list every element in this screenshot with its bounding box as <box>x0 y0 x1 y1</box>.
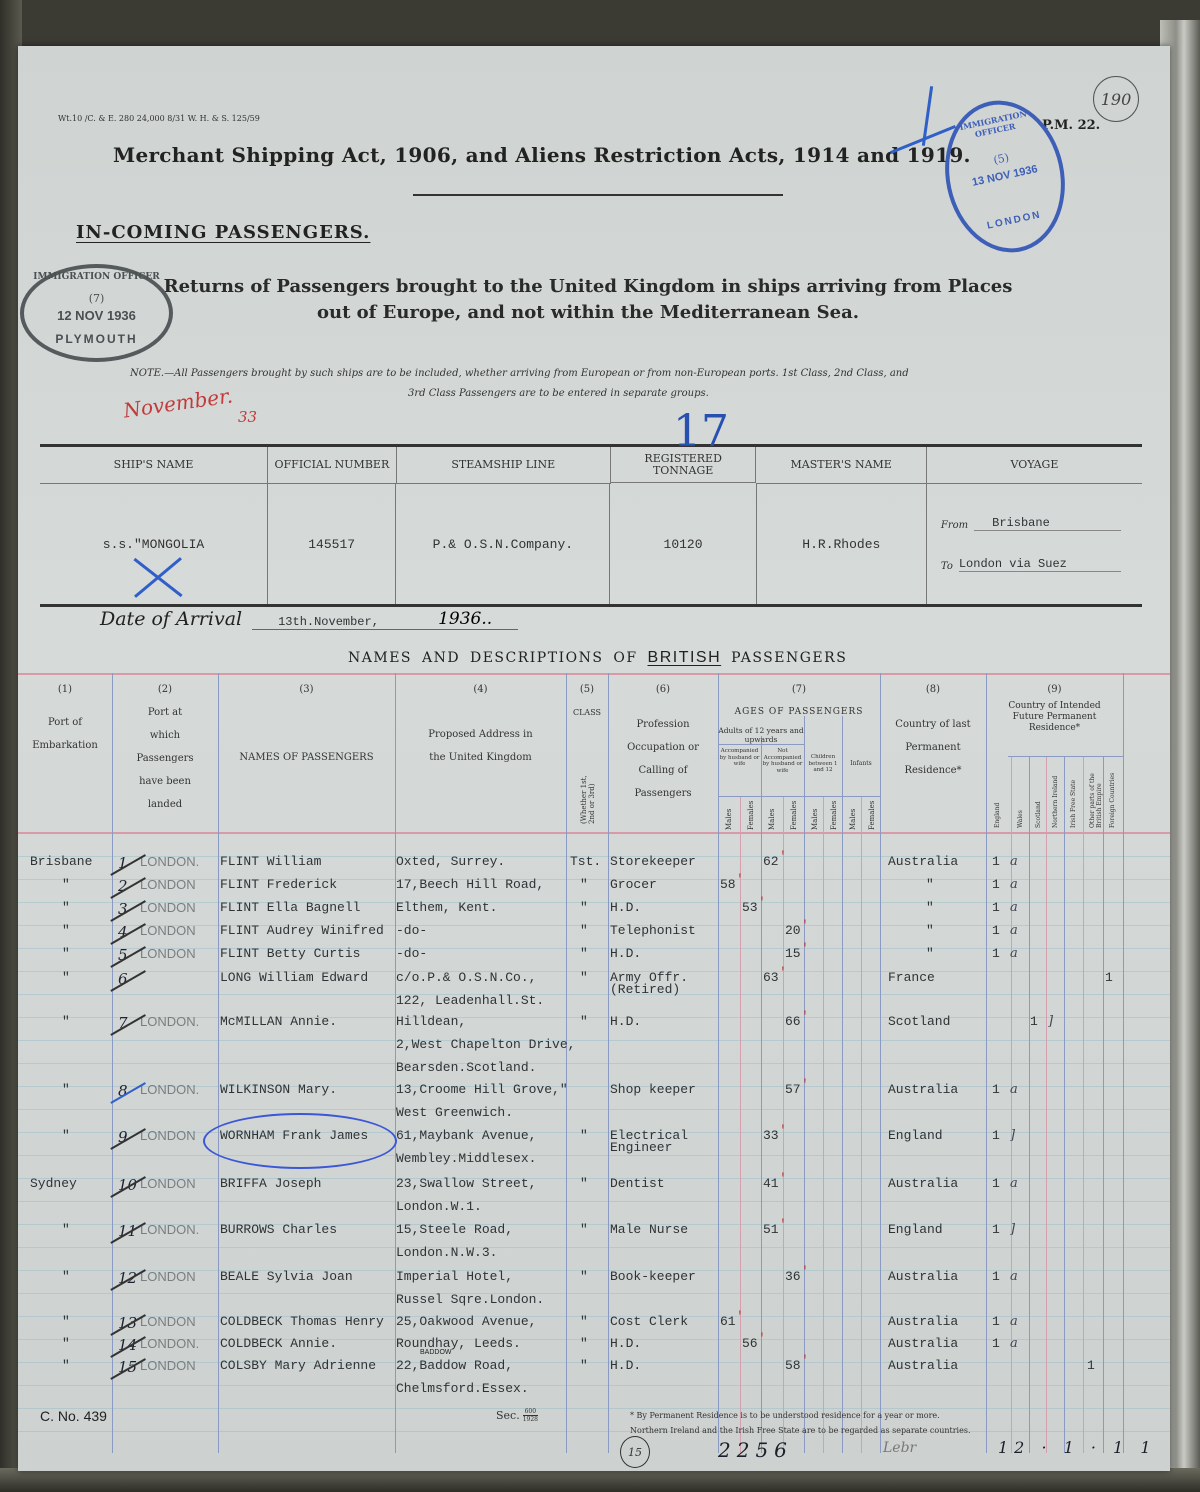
date-of-arrival-label: Date of Arrival <box>100 608 242 630</box>
address-line-1: Hilldean, <box>396 1014 466 1029</box>
checker-mark: a <box>1010 946 1018 961</box>
females-label: Females <box>747 802 755 830</box>
address-line-1: Elthem, Kent. <box>396 900 497 915</box>
footnotes: * By Permanent Residence is to be unders… <box>630 1408 971 1438</box>
col-header-profession: (6)Profession Occupation or Calling of P… <box>608 678 718 805</box>
footnote-separate-countries: Northern Ireland and the Irish Free Stat… <box>630 1423 971 1438</box>
address-line-2: Russel Sqre.London. <box>396 1292 544 1307</box>
circle-annotation <box>203 1113 397 1169</box>
port-of-embarkation: " <box>62 1358 70 1373</box>
col-header-future-residence: (9)Country of Intended Future Permanent … <box>986 678 1123 734</box>
address-line-2: 122, Leadenhall.St. <box>396 993 544 1008</box>
class: " <box>580 1176 588 1191</box>
last-residence-country: " <box>926 877 934 892</box>
class: " <box>580 923 588 938</box>
occupation: Male Nurse <box>610 1222 688 1237</box>
red-tick-mark: ′ <box>801 1264 809 1279</box>
handwritten-correction: BADDOW <box>420 1349 452 1356</box>
females-label: Females <box>868 802 876 830</box>
port-of-embarkation: " <box>62 923 70 938</box>
table-row: "8LONDON.WILKINSON Mary.13,Croome Hill G… <box>18 1082 1170 1104</box>
address-line-2: London.W.1. <box>396 1199 482 1214</box>
occupation: Book-keeper <box>610 1269 696 1284</box>
date-of-arrival-year: 1936.. <box>428 609 518 630</box>
port-landed: LONDON <box>140 877 196 892</box>
note-text: NOTE.—All Passengers brought by such shi… <box>130 364 1060 404</box>
address-line-1: 13,Croome Hill Grove," <box>396 1082 568 1097</box>
address-line-2: 2,West Chapelton Drive, <box>396 1037 575 1052</box>
ledger-line <box>18 1385 1170 1386</box>
table-row: "9LONDONWORNHAM Frank James61,Maybank Av… <box>18 1128 1170 1150</box>
checker-mark: a <box>1010 854 1018 869</box>
future-residence-sublabel: Wales <box>1017 762 1024 828</box>
form-number: P.M. 22. <box>1042 118 1100 133</box>
tally-circled: 15 <box>620 1436 650 1468</box>
future-residence-mark: 1 <box>1105 970 1113 985</box>
port-landed: LONDON. <box>140 1014 199 1029</box>
class: " <box>580 900 588 915</box>
port-of-embarkation: " <box>62 946 70 961</box>
red-tick-mark: ′ <box>779 1123 787 1138</box>
checker-mark: a <box>1010 877 1018 892</box>
steamship-line-value: P.& O.S.N.Company. <box>396 484 610 604</box>
checker-mark: ] <box>1010 1128 1015 1143</box>
handwritten-17: 17 <box>673 406 729 457</box>
ledger-line <box>18 1408 1170 1409</box>
print-code: Wt.10 /C. & E. 280 24,000 8/31 W. H. & S… <box>58 114 260 123</box>
occupation: Shop keeper <box>610 1082 696 1097</box>
pen-slash-mark <box>110 970 145 991</box>
future-residence-mark: 1 <box>992 923 1000 938</box>
ledger-line <box>18 1155 1170 1156</box>
last-residence-country: Scotland <box>888 1014 950 1029</box>
age: 63 <box>763 970 779 985</box>
last-residence-country: " <box>926 900 934 915</box>
future-residence-mark: 1 <box>1030 1014 1038 1029</box>
address-line-1: Roundhay, Leeds. <box>396 1336 521 1351</box>
returns-description: Returns of Passengers brought to the Uni… <box>118 274 1058 326</box>
males-label: Males <box>768 802 776 830</box>
table-row: "12LONDONBEALE Sylvia JoanImperial Hotel… <box>18 1269 1170 1291</box>
females-label: Females <box>790 802 798 830</box>
port-of-embarkation: " <box>62 1269 70 1284</box>
occupation: Telephonist <box>610 923 696 938</box>
address-line-1: 61,Maybank Avenue, <box>396 1128 536 1143</box>
red-tick-mark: ′ <box>779 1217 787 1232</box>
occupation: H.D. <box>610 1358 641 1373</box>
passenger-name: COLDBECK Thomas Henry <box>220 1314 384 1329</box>
official-number-value: 145517 <box>268 484 396 604</box>
last-residence-country: " <box>926 923 934 938</box>
date-of-arrival-date: 13th.November, <box>252 615 428 630</box>
section-heading: IN-COMING PASSENGERS. <box>76 222 370 243</box>
address-line-2: Chelmsford.Essex. <box>396 1381 529 1396</box>
title-rule <box>413 194 783 196</box>
future-residence-mark: 1 <box>992 1128 1000 1143</box>
class: " <box>580 1358 588 1373</box>
occupation: Cost Clerk <box>610 1314 688 1329</box>
future-residence-sublabel: Scotland <box>1035 762 1042 828</box>
age: 41 <box>763 1176 779 1191</box>
last-residence-country: Australia <box>888 1336 958 1351</box>
passenger-name: FLINT Audrey Winifred <box>220 923 384 938</box>
red-tick-mark: ′ <box>736 872 744 887</box>
class: " <box>580 1269 588 1284</box>
occupation: Storekeeper <box>610 854 696 869</box>
occupation: Grocer <box>610 877 657 892</box>
masters-name-value: H.R.Rhodes <box>757 484 927 604</box>
class: " <box>580 1014 588 1029</box>
table-row: Sydney10LONDONBRIFFA Joseph23,Swallow St… <box>18 1176 1170 1198</box>
last-residence-country: Australia <box>888 1269 958 1284</box>
c-number: C. No. 439 <box>40 1408 107 1424</box>
ship-details-table: SHIP'S NAME OFFICIAL NUMBER STEAMSHIP LI… <box>40 444 1142 607</box>
ledger-line <box>18 994 1170 995</box>
passenger-name: McMILLAN Annie. <box>220 1014 337 1029</box>
col-header-port-of-embarkation: (1)Port of Embarkation <box>18 678 112 757</box>
voyage-to: London via Suez <box>959 557 1121 572</box>
age: 62 <box>763 854 779 869</box>
port-of-embarkation: " <box>62 970 70 985</box>
handwritten-number-33: 33 <box>238 408 257 426</box>
last-residence-country: Australia <box>888 854 958 869</box>
port-landed: LONDON <box>140 900 196 915</box>
occupation-line-2: Engineer <box>610 1141 672 1154</box>
returns-line-2: out of Europe, and not within the Medite… <box>118 300 1058 326</box>
red-tick-mark: ′ <box>758 1331 766 1346</box>
col-header-ages: (7)AGES OF PASSENGERS <box>718 678 880 724</box>
document-title: Merchant Shipping Act, 1906, and Aliens … <box>113 143 971 167</box>
class: " <box>580 1336 588 1351</box>
table-row: "15LONDONCOLSBY Mary Adrienne22,Baddow R… <box>18 1358 1170 1380</box>
occupation: H.D. <box>610 1014 641 1029</box>
port-of-embarkation: " <box>62 1314 70 1329</box>
future-residence-mark: 1 <box>992 1269 1000 1284</box>
males-label: Males <box>811 802 819 830</box>
passenger-name: BURROWS Charles <box>220 1222 337 1237</box>
note-line-1: NOTE.—All Passengers brought by such shi… <box>130 364 1060 384</box>
table-row: Brisbane1LONDON.FLINT WilliamOxted, Surr… <box>18 854 1170 876</box>
table-row: "4LONDONFLINT Audrey Winifred-do-"Teleph… <box>18 923 1170 945</box>
age: 51 <box>763 1222 779 1237</box>
registered-tonnage-value: 10120 <box>610 484 756 604</box>
passenger-list-page: Wt.10 /C. & E. 280 24,000 8/31 W. H. & S… <box>18 46 1170 1471</box>
last-residence-country: " <box>926 946 934 961</box>
females-label: Females <box>830 802 838 830</box>
ages-children-label: Children between 1 and 12 <box>804 754 842 774</box>
checker-mark: a <box>1010 900 1018 915</box>
address-line-1: -do- <box>396 923 427 938</box>
last-residence-country: Australia <box>888 1314 958 1329</box>
official-number-header: OFFICIAL NUMBER <box>268 447 397 484</box>
stamp-london: IMMIGRATION OFFICER (5) 13 NOV 1936 LOND… <box>931 89 1078 263</box>
ledger-line <box>18 1201 1170 1202</box>
occupation-line-2: (Retired) <box>610 983 680 996</box>
address-line-1: c/o.P.& O.S.N.Co., <box>396 970 536 985</box>
port-of-embarkation: " <box>62 1014 70 1029</box>
occupation: H.D. <box>610 900 641 915</box>
address-line-1: 22,Baddow Road, <box>396 1358 513 1373</box>
voyage-header: VOYAGE <box>927 447 1142 484</box>
col-header-port-landed: (2)Port at which Passengers have been la… <box>112 678 218 816</box>
class: Tst. <box>570 854 601 869</box>
future-residence-mark: 1 <box>992 900 1000 915</box>
port-landed: LONDON <box>140 923 196 938</box>
table-row: "13LONDONCOLDBECK Thomas Henry25,Oakwood… <box>18 1314 1170 1336</box>
returns-line-1: Returns of Passengers brought to the Uni… <box>118 274 1058 300</box>
port-landed: LONDON. <box>140 1336 199 1351</box>
last-residence-country: Australia <box>888 1358 958 1373</box>
address-line-3: Bearsden.Scotland. <box>396 1060 536 1075</box>
class: " <box>580 1222 588 1237</box>
age: 20 <box>785 923 801 938</box>
passenger-section-title: NAMES AND DESCRIPTIONS OF BRITISH PASSEN… <box>348 649 847 667</box>
checker-mark: a <box>1010 1336 1018 1351</box>
class: " <box>580 946 588 961</box>
port-landed: LONDON <box>140 1269 196 1284</box>
address-line-2: Wembley.Middlesex. <box>396 1151 536 1166</box>
red-tick-mark: ′ <box>801 1353 809 1368</box>
voyage-value: From Brisbane To London via Suez <box>927 484 1142 604</box>
col-header-class-sub: (Whether 1st, 2nd or 3rd) <box>580 764 596 824</box>
age: 53 <box>742 900 758 915</box>
class: " <box>580 1314 588 1329</box>
address-line-1: 17,Beech Hill Road, <box>396 877 544 892</box>
occupation: H.D. <box>610 1336 641 1351</box>
date-of-arrival: Date of Arrival 13th.November, 1936.. <box>100 608 518 630</box>
table-row: "14LONDON.COLDBECK Annie.Roundhay, Leeds… <box>18 1336 1170 1358</box>
age: 58 <box>785 1358 801 1373</box>
table-header-bottom-rule <box>18 832 1170 834</box>
future-residence-mark: 1 <box>992 854 1000 869</box>
port-landed: LONDON <box>140 1128 196 1143</box>
passenger-name: LONG William Edward <box>220 970 368 985</box>
ages-adults-label: Adults of 12 years and upwards <box>718 726 804 745</box>
passenger-name: FLINT Betty Curtis <box>220 946 360 961</box>
section-reference: Sec. 600 1928 <box>496 1408 538 1423</box>
last-residence-country: Australia <box>888 1176 958 1191</box>
red-tick-mark: ′ <box>779 849 787 864</box>
ship-table-values: s.s."MONGOLIA 145517 P.& O.S.N.Company. … <box>40 484 1142 604</box>
class: " <box>580 970 588 985</box>
passenger-name: FLINT Frederick <box>220 877 337 892</box>
address-line-1: 23,Swallow Street, <box>396 1176 536 1191</box>
passenger-name: BRIFFA Joseph <box>220 1176 321 1191</box>
red-tick-mark: ′ <box>801 941 809 956</box>
age: 56 <box>742 1336 758 1351</box>
table-row: "7LONDON.McMILLAN Annie.Hilldean,"H.D.66… <box>18 1014 1170 1036</box>
age: 66 <box>785 1014 801 1029</box>
red-tick-mark: ′ <box>801 918 809 933</box>
checker-mark: a <box>1010 1314 1018 1329</box>
last-residence-country: England <box>888 1222 943 1237</box>
port-landed: LONDON. <box>140 854 199 869</box>
future-residence-sublabel: England <box>994 762 1001 828</box>
port-of-embarkation: " <box>62 1336 70 1351</box>
port-landed: LONDON <box>140 1314 196 1329</box>
table-row: "3LONDONFLINT Ella BagnellElthem, Kent."… <box>18 900 1170 922</box>
stamp-plymouth: IMMIGRATION OFFICER (7) 12 NOV 1936 PLYM… <box>20 264 173 362</box>
tally-total: 2256 <box>718 1438 793 1462</box>
future-residence-mark: 1 <box>992 946 1000 961</box>
red-tick-mark: ′ <box>736 1309 744 1324</box>
port-of-embarkation: " <box>62 1128 70 1143</box>
red-tick-mark: ′ <box>801 1077 809 1092</box>
future-residence-mark: 1 <box>1087 1358 1095 1373</box>
voyage-from-row: From Brisbane <box>941 516 1121 531</box>
address-line-1: Oxted, Surrey. <box>396 854 505 869</box>
occupation: H.D. <box>610 946 641 961</box>
passenger-name: COLDBECK Annie. <box>220 1336 337 1351</box>
port-of-embarkation: " <box>62 900 70 915</box>
age: 58 <box>720 877 736 892</box>
checker-mark: a <box>1010 1176 1018 1191</box>
future-subheader-rule <box>1008 756 1123 757</box>
address-line-1: Imperial Hotel, <box>396 1269 513 1284</box>
tally-counts: 12 · 1 · 1 1 <box>998 1438 1157 1457</box>
ages-not-accompanied-label: Not Accompanied by husband or wife <box>761 748 804 774</box>
address-line-1: -do- <box>396 946 427 961</box>
future-residence-mark: 1 <box>992 1082 1000 1097</box>
age: 15 <box>785 946 801 961</box>
future-residence-mark: 1 <box>992 1336 1000 1351</box>
passenger-name: WILKINSON Mary. <box>220 1082 337 1097</box>
voyage-to-row: To London via Suez <box>941 557 1121 572</box>
age: 36 <box>785 1269 801 1284</box>
address-line-1: 15,Steele Road, <box>396 1222 513 1237</box>
ledger-line <box>18 1293 1170 1294</box>
passenger-name: COLSBY Mary Adrienne <box>220 1358 376 1373</box>
tally-initials: Lebr <box>883 1440 916 1456</box>
future-residence-mark: 1 <box>992 1222 1000 1237</box>
future-residence-sublabel: Foreign Countries <box>1109 762 1116 828</box>
ages-infants-label: Infants <box>842 760 880 767</box>
table-row: "11LONDON.BURROWS Charles15,Steele Road,… <box>18 1222 1170 1244</box>
note-line-2: 3rd Class Passengers are to be entered i… <box>130 384 1060 404</box>
port-of-embarkation: Brisbane <box>30 854 92 869</box>
passenger-name: BEALE Sylvia Joan <box>220 1269 353 1284</box>
future-residence-mark: 1 <box>992 877 1000 892</box>
table-row: "2LONDONFLINT Frederick17,Beech Hill Roa… <box>18 877 1170 899</box>
address-line-2: London.N.W.3. <box>396 1245 497 1260</box>
ledger-line <box>18 1247 1170 1248</box>
future-residence-sublabel: Northern Ireland <box>1052 762 1059 828</box>
port-of-embarkation: " <box>62 1082 70 1097</box>
future-residence-mark: 1 <box>992 1314 1000 1329</box>
ships-name-header: SHIP'S NAME <box>40 447 268 484</box>
red-tick-mark: ′ <box>779 1171 787 1186</box>
occupation: Dentist <box>610 1176 665 1191</box>
port-of-embarkation: Sydney <box>30 1176 77 1191</box>
ledger-line <box>18 1040 1170 1041</box>
desk-background-bottom <box>0 1468 1200 1492</box>
ship-table-header: SHIP'S NAME OFFICIAL NUMBER STEAMSHIP LI… <box>40 447 1142 484</box>
ages-subheader-rule <box>718 796 880 797</box>
voyage-from: Brisbane <box>974 516 1121 531</box>
last-residence-country: France <box>888 970 935 985</box>
masters-name-header: MASTER'S NAME <box>756 447 926 484</box>
last-residence-country: Australia <box>888 1082 958 1097</box>
checker-mark: ] <box>1048 1014 1053 1029</box>
class: " <box>580 877 588 892</box>
port-landed: LONDON <box>140 1358 196 1373</box>
age: 33 <box>763 1128 779 1143</box>
address-line-2: West Greenwich. <box>396 1105 513 1120</box>
port-landed: LONDON. <box>140 1082 199 1097</box>
checker-mark: ] <box>1010 1222 1015 1237</box>
age: 61 <box>720 1314 736 1329</box>
red-tick-mark: ′ <box>801 1009 809 1024</box>
ledger-line <box>18 1431 1170 1432</box>
checker-mark: a <box>1010 923 1018 938</box>
table-row: "6LONG William Edwardc/o.P.& O.S.N.Co.,"… <box>18 970 1170 992</box>
ledger-line <box>18 1109 1170 1110</box>
footnote-permanent-residence: * By Permanent Residence is to be unders… <box>630 1408 971 1423</box>
passenger-name: FLINT Ella Bagnell <box>220 900 360 915</box>
steamship-line-header: STEAMSHIP LINE <box>397 447 611 484</box>
table-top-rule <box>18 673 1170 675</box>
ledger-line <box>18 1063 1170 1064</box>
col-header-last-residence: (8)Country of last Permanent Residence* <box>880 678 986 782</box>
red-tick-mark: ′ <box>758 895 766 910</box>
port-landed: LONDON <box>140 1176 196 1191</box>
last-residence-country: England <box>888 1128 943 1143</box>
age: 57 <box>785 1082 801 1097</box>
port-of-embarkation: " <box>62 877 70 892</box>
col-header-class: (5)CLASS <box>566 678 608 724</box>
future-residence-sublabel: Irish Free State <box>1070 762 1077 828</box>
checker-mark: a <box>1010 1082 1018 1097</box>
red-tick-mark: ′ <box>779 965 787 980</box>
port-landed: LONDON. <box>140 1222 199 1237</box>
folio-number-circled: 190 <box>1093 76 1139 122</box>
checker-mark: a <box>1010 1269 1018 1284</box>
ages-accompanied-label: Accompanied by husband or wife <box>718 748 761 768</box>
future-residence-mark: 1 <box>992 1176 1000 1191</box>
passenger-name: FLINT William <box>220 854 321 869</box>
col-header-address: (4)Proposed Address in the United Kingdo… <box>395 678 566 769</box>
class: " <box>580 1128 588 1143</box>
port-landed: LONDON <box>140 946 196 961</box>
males-label: Males <box>849 802 857 830</box>
table-row: "5LONDONFLINT Betty Curtis-do-"H.D.15"1a… <box>18 946 1170 968</box>
address-line-1: 25,Oakwood Avenue, <box>396 1314 536 1329</box>
ships-name-value: s.s."MONGOLIA <box>40 484 268 604</box>
males-label: Males <box>725 802 733 830</box>
port-of-embarkation: " <box>62 1222 70 1237</box>
future-residence-sublabel: Other parts of the British Empire <box>1089 762 1103 828</box>
col-header-names: (3)NAMES OF PASSENGERS <box>218 678 395 769</box>
